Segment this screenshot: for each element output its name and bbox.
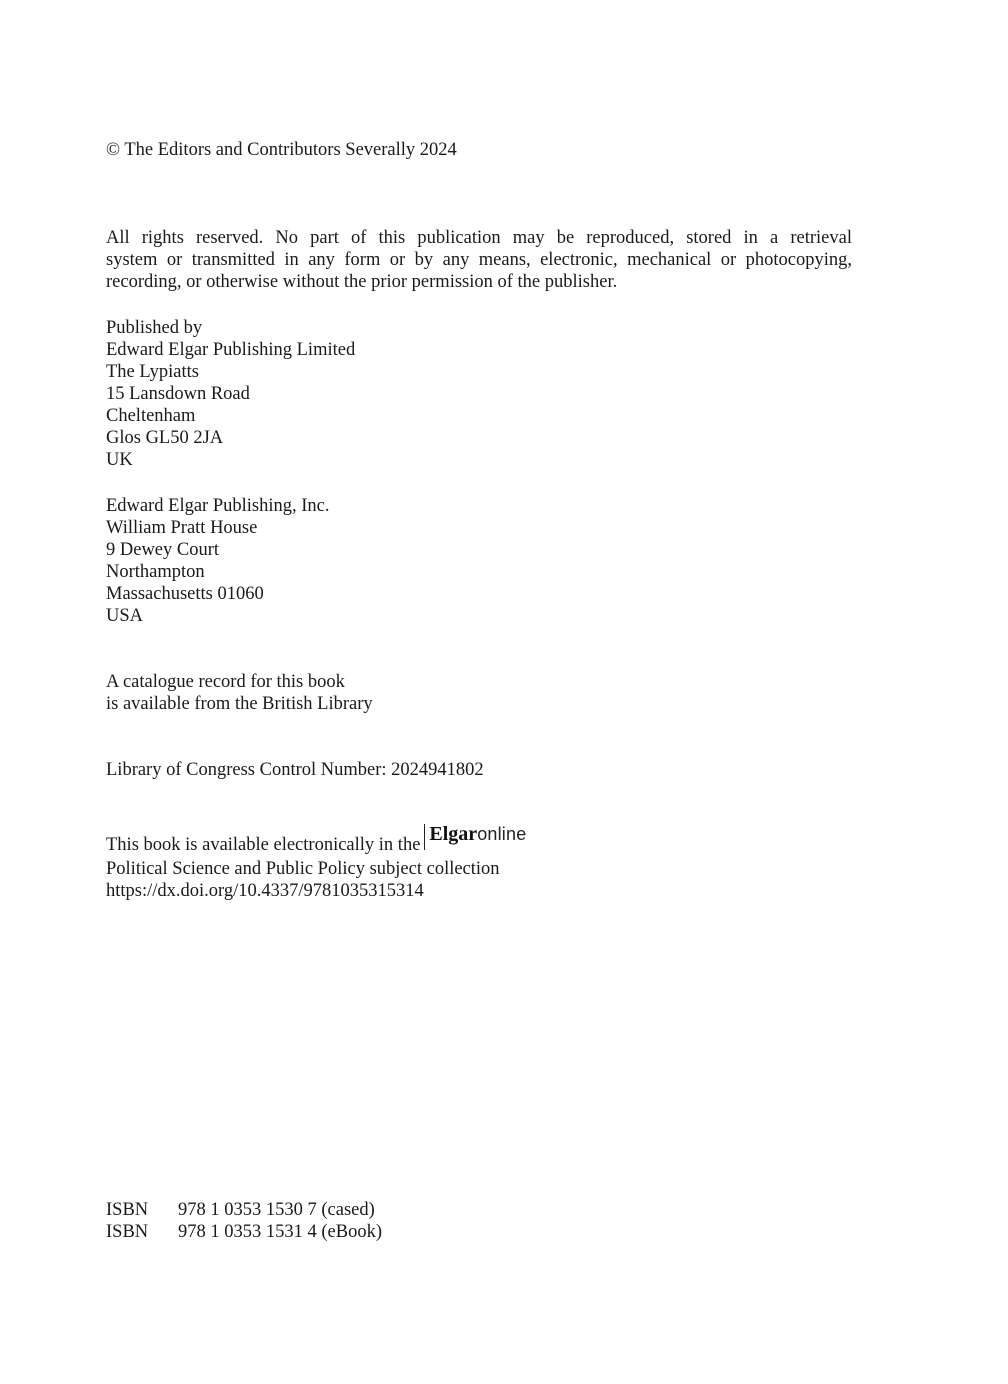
logo-brand: Elgar (429, 823, 477, 845)
rights-statement: All rights reserved. No part of this pub… (106, 227, 852, 293)
address-line: 15 Lansdown Road (106, 383, 355, 405)
logo-suffix: online (477, 824, 526, 844)
electronic-availability: This book is available electronically in… (106, 830, 526, 898)
loc-control-number: Library of Congress Control Number: 2024… (106, 759, 484, 781)
address-line: Cheltenham (106, 405, 355, 427)
doi-link[interactable]: https://dx.doi.org/10.4337/9781035315314 (106, 880, 526, 902)
catalogue-line: is available from the British Library (106, 693, 373, 715)
address-line: Northampton (106, 561, 330, 583)
address-line: USA (106, 605, 330, 627)
address-line: William Pratt House (106, 517, 330, 539)
isbn-value: 978 1 0353 1530 7 (cased) (178, 1200, 375, 1220)
address-line: 9 Dewey Court (106, 539, 330, 561)
isbn-list: ISBN978 1 0353 1530 7 (cased) ISBN978 1 … (106, 1199, 382, 1243)
address-line: Edward Elgar Publishing, Inc. (106, 495, 330, 517)
isbn-value: 978 1 0353 1531 4 (eBook) (178, 1222, 382, 1242)
isbn-row: ISBN978 1 0353 1530 7 (cased) (106, 1199, 382, 1221)
copyright-page: © The Editors and Contributors Severally… (0, 0, 1008, 1384)
publisher-us-address: Edward Elgar Publishing, Inc. William Pr… (106, 495, 330, 627)
address-line: Edward Elgar Publishing Limited (106, 339, 355, 361)
address-line: Massachusetts 01060 (106, 583, 330, 605)
subject-collection: Political Science and Public Policy subj… (106, 858, 526, 880)
isbn-label: ISBN (106, 1199, 178, 1221)
address-line: UK (106, 449, 355, 471)
electronic-intro-line: This book is available electronically in… (106, 834, 526, 858)
catalogue-record-notice: A catalogue record for this book is avai… (106, 671, 373, 715)
electronic-intro: This book is available electronically in… (106, 835, 420, 855)
publisher-uk-address: Published by Edward Elgar Publishing Lim… (106, 317, 355, 471)
rights-line: system or transmitted in any form or by … (106, 249, 852, 271)
isbn-label: ISBN (106, 1221, 178, 1243)
elgaronline-logo: Elgaronline (424, 824, 526, 850)
isbn-row: ISBN978 1 0353 1531 4 (eBook) (106, 1221, 382, 1243)
rights-line: All rights reserved. No part of this pub… (106, 227, 852, 249)
address-line: Glos GL50 2JA (106, 427, 355, 449)
rights-line: recording, or otherwise without the prio… (106, 271, 852, 293)
copyright-notice: © The Editors and Contributors Severally… (106, 139, 457, 161)
published-by-heading: Published by (106, 317, 355, 339)
address-line: The Lypiatts (106, 361, 355, 383)
catalogue-line: A catalogue record for this book (106, 671, 373, 693)
